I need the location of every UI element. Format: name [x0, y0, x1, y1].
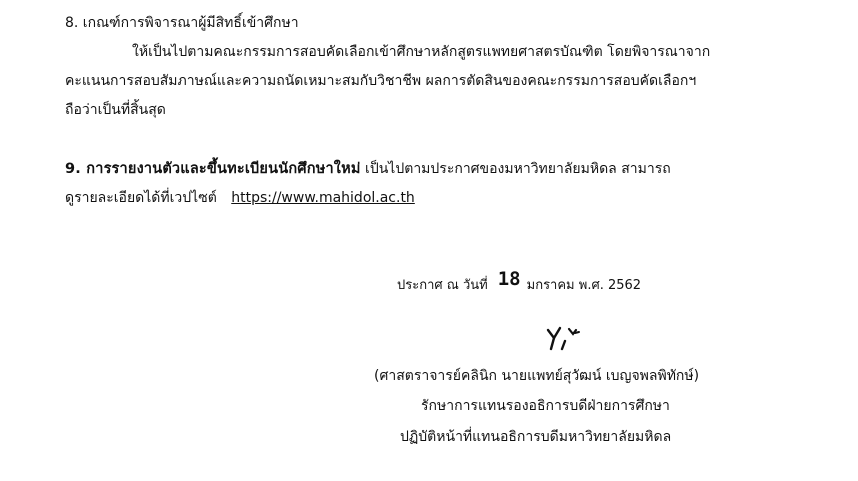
handwritten-signature-icon — [545, 323, 595, 351]
section-9-line-2: ดูรายละเอียดได้ที่เวปไซต์ https://www.ma… — [65, 188, 415, 208]
signer-role-duty: ปฏิบัติหน้าที่แทนอธิการบดีมหาวิทยาลัยมหิ… — [400, 427, 671, 447]
section-8-heading: 8. เกณฑ์การพิจารณาผู้มีสิทธิ์เข้าศึกษา — [65, 13, 299, 33]
section-9-line-2-text: ดูรายละเอียดได้ที่เวปไซต์ — [65, 190, 217, 206]
section-9-line-1-text: เป็นไปตามประกาศของมหาวิทยาลัยมหิดล สามาร… — [361, 161, 671, 177]
section-9-line-1: 9. การรายงานตัวและขึ้นทะเบียนนักศึกษาใหม… — [65, 159, 671, 179]
section-9-heading: 9. การรายงานตัวและขึ้นทะเบียนนักศึกษาใหม… — [65, 161, 361, 177]
mahidol-website-link[interactable]: https://www.mahidol.ac.th — [231, 190, 415, 206]
section-8-paragraph-line-3: ถือว่าเป็นที่สิ้นสุด — [65, 100, 166, 120]
section-8-paragraph-line-2: คะแนนการสอบสัมภาษณ์และความถนัดเหมาะสมกับ… — [65, 71, 696, 91]
announcement-month-year: มกราคม พ.ศ. 2562 — [527, 278, 641, 293]
announcement-day: 18 — [498, 268, 521, 290]
signer-name: (ศาสตราจารย์คลินิก นายแพทย์สุวัฒน์ เบญจพ… — [374, 366, 699, 386]
announcement-date-prefix: ประกาศ ณ วันที่ — [397, 278, 488, 293]
signer-role-acting: รักษาการแทนรองอธิการบดีฝ่ายการศึกษา — [421, 396, 670, 416]
announcement-date: ประกาศ ณ วันที่18มกราคม พ.ศ. 2562 — [397, 273, 641, 296]
section-8-paragraph-line-1: ให้เป็นไปตามคณะกรรมการสอบคัดเลือกเข้าศึก… — [132, 42, 710, 62]
